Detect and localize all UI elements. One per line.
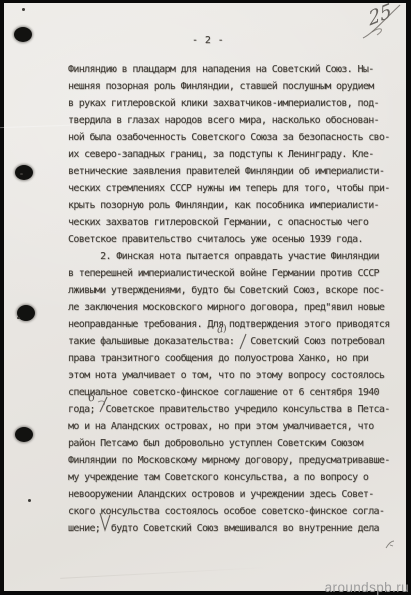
typed-line: права транзитного сообщения до полуостро… [68,350,402,367]
typed-line: такие фальшивые доказательства: Советски… [68,333,402,350]
punch-hole [14,27,32,42]
paper-speck [28,499,31,502]
insertion-caret-mark [97,511,113,533]
typed-line: район Петсамо был добровольно уступлен С… [68,435,402,452]
typed-line: ческих захватов гитлеровской Германии, с… [68,214,402,231]
typed-line: му учреждение там Советского консульства… [68,469,402,486]
typed-line: ского консульства состоялось особое сове… [68,503,402,520]
typed-line: в руках гитлеровской клики захватчиков-и… [68,95,402,112]
typed-line: шение; будто Советский Союз вмешивался в… [68,520,402,537]
paper-speck [20,173,23,175]
typed-line: ной была озабоченность Советского Союза … [68,129,402,146]
punch-hole [15,427,33,442]
typed-line: года; Советское правительство учредило к… [68,401,402,418]
pencil-tick-mark [384,539,396,551]
typed-line: лживыми утверждениями, будто бы Советски… [68,282,402,299]
handwritten-page-number-mark: 25 [360,2,406,42]
scan-edge-left [0,0,4,595]
page-number-header: - 2 - [192,35,224,46]
insertion-slash-mark [237,333,249,351]
typed-line: твердила в глазах народов всего мира, на… [68,112,402,129]
typed-line: Советское правительство считалось уже ос… [68,231,402,248]
typed-line: 2. Финская нота пытается оправдать участ… [68,248,402,265]
typed-line: Финляндии по Московскому мирному договор… [68,452,402,469]
typed-line: этом нота умалчивает о том, что по этому… [68,367,402,384]
paper-speck [17,317,20,319]
insertion-slash-mark [96,396,110,414]
typed-line: нешняя позорная роль Финляндии, ставшей … [68,78,402,95]
typed-line: неоправданные требования. Для подтвержде… [68,316,402,333]
scanned-document-page: 25 - 2 - Финляндию в плацдарм для нападе… [0,0,411,595]
typed-line: мо и на Аландских островах, но при этом … [68,418,402,435]
scan-edge-right [406,0,411,595]
typed-line: в теперешней империалистической войне Ге… [68,265,402,282]
typed-line: ческих стремлениях СССР нужны им теперь … [68,180,402,197]
typed-line: крыть позорную роль Финляндии, как пособ… [68,197,402,214]
typed-line: ветнические заявления правителей Финлянд… [68,163,402,180]
typed-line: Финляндию в плацдарм для нападения на Со… [68,61,402,78]
paper-crease [60,562,360,579]
scan-edge-top [0,0,411,3]
paper-speck [22,8,25,11]
typed-line: ле заключения московского мирного догово… [68,299,402,316]
typed-text-block: Финляндию в плацдарм для нападения на Со… [68,61,402,537]
punch-hole [15,165,33,180]
watermark: aroundspb.ru [325,580,409,595]
typed-line: невооружении Аландских островов и учрежд… [68,486,402,503]
typed-line: специальное советско-финское соглашение … [68,384,402,401]
handwritten-item-a-mark: а) [216,323,228,336]
typed-line: их северо-западных границ, за подступы к… [68,146,402,163]
